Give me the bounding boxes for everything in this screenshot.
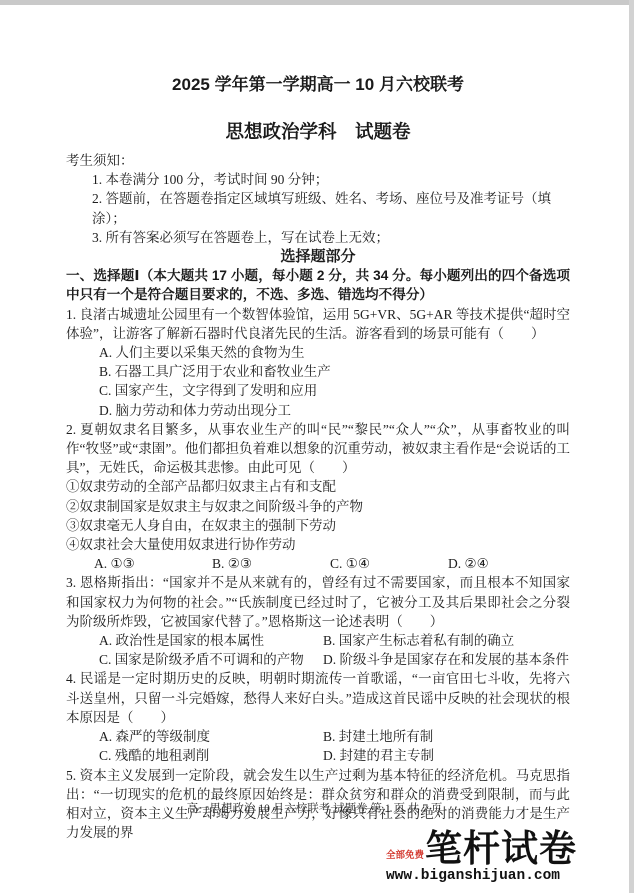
watermark-free-label: 全部免费 [386, 851, 424, 861]
watermark-row: 全部免费 笔杆试卷 [386, 830, 577, 868]
page-footer: 高一思想政治 10 月六校联考 试题卷 第 1 页 共 7 页 [0, 801, 629, 817]
question-4-options-row-2: C. 残酷的地租剥削 D. 封建的君主专制 [66, 746, 570, 765]
section-title: 选择题部分 [66, 247, 570, 266]
scan-edge-right [629, 0, 634, 893]
exam-subtitle: 思想政治学科 试题卷 [66, 119, 570, 145]
question-2-choice-b: B. ②③ [212, 554, 330, 573]
question-3-options-row-1: A. 政治性是国家的根本属性 B. 国家产生标志着私有制的确立 [66, 631, 570, 650]
question-2-statement-4: ④奴隶社会大量使用奴隶进行协作劳动 [66, 535, 570, 554]
notice-item-1: 1. 本卷满分 100 分，考试时间 90 分钟； [66, 170, 570, 189]
question-2-choice-d: D. ②④ [448, 554, 489, 573]
notice-item-3: 3. 所有答案必须写在答题卷上，写在试卷上无效； [66, 228, 570, 247]
notice-heading: 考生须知： [66, 151, 570, 170]
question-4-option-d: D. 封建的君主专制 [323, 746, 434, 765]
question-1-option-c: C. 国家产生，文字得到了发明和应用 [66, 381, 570, 400]
question-3-option-c: C. 国家是阶级矛盾不可调和的产物 [99, 650, 323, 669]
question-4: 4. 民谣是一定时期历史的反映，明朝时期流传一首歌谣，“一亩官田七斗收，先将六斗… [66, 669, 570, 765]
question-2-statement-1: ①奴隶劳动的全部产品都归奴隶主占有和支配 [66, 477, 570, 496]
question-2-choice-c: C. ①④ [330, 554, 448, 573]
question-2: 2. 夏朝奴隶名目繁多，从事农业生产的叫“民”“黎民”“众人”“众”，从事畜牧业… [66, 420, 570, 574]
question-3-stem: 3. 恩格斯指出：“国家并不是从来就有的，曾经有过不需要国家，而且根本不知国家和… [66, 573, 570, 631]
question-2-statement-3: ③奴隶毫无人身自由，在奴隶主的强制下劳动 [66, 516, 570, 535]
candidate-notice: 考生须知： 1. 本卷满分 100 分，考试时间 90 分钟； 2. 答题前，在… [66, 151, 570, 247]
question-1: 1. 良渚古城遗址公园里有一个数智体验馆，运用 5G+VR、5G+AR 等技术提… [66, 305, 570, 420]
exam-title: 2025 学年第一学期高一 10 月六校联考 [66, 72, 570, 98]
question-1-option-d: D. 脑力劳动和体力劳动出现分工 [66, 401, 570, 420]
question-4-stem: 4. 民谣是一定时期历史的反映，明朝时期流传一首歌谣，“一亩官田七斗收，先将六斗… [66, 669, 570, 727]
watermark-url: www.biganshijuan.com [386, 868, 577, 885]
question-2-choice-a: A. ①③ [94, 554, 212, 573]
question-4-options-row-1: A. 森严的等级制度 B. 封建土地所有制 [66, 727, 570, 746]
watermark: 全部免费 笔杆试卷 www.biganshijuan.com [386, 830, 577, 885]
question-2-choices-row: A. ①③ B. ②③ C. ①④ D. ②④ [66, 554, 570, 573]
question-4-option-c: C. 残酷的地租剥削 [99, 746, 323, 765]
exam-paper-page: 2025 学年第一学期高一 10 月六校联考 思想政治学科 试题卷 考生须知： … [0, 0, 634, 893]
question-1-stem: 1. 良渚古城遗址公园里有一个数智体验馆，运用 5G+VR、5G+AR 等技术提… [66, 305, 570, 343]
question-3-option-a: A. 政治性是国家的根本属性 [99, 631, 323, 650]
question-3: 3. 恩格斯指出：“国家并不是从来就有的，曾经有过不需要国家，而且根本不知国家和… [66, 573, 570, 669]
question-2-statement-2: ②奴隶制国家是奴隶主与奴隶之间阶级斗争的产物 [66, 497, 570, 516]
question-3-options-row-2: C. 国家是阶级矛盾不可调和的产物 D. 阶级斗争是国家存在和发展的基本条件 [66, 650, 570, 669]
question-4-option-a: A. 森严的等级制度 [99, 727, 323, 746]
section-intro: 一、选择题Ⅰ（本大题共 17 小题，每小题 2 分，共 34 分。每小题列出的四… [66, 266, 570, 304]
question-3-option-b: B. 国家产生标志着私有制的确立 [323, 631, 514, 650]
question-1-option-a: A. 人们主要以采集天然的食物为生 [66, 343, 570, 362]
notice-item-2: 2. 答题前，在答题卷指定区域填写班级、姓名、考场、座位号及准考证号（填涂）； [66, 189, 570, 227]
question-4-option-b: B. 封建土地所有制 [323, 727, 433, 746]
question-3-option-d: D. 阶级斗争是国家存在和发展的基本条件 [323, 650, 569, 669]
watermark-brand: 笔杆试卷 [425, 830, 577, 868]
page-content: 2025 学年第一学期高一 10 月六校联考 思想政治学科 试题卷 考生须知： … [66, 0, 570, 842]
question-2-stem: 2. 夏朝奴隶名目繁多，从事农业生产的叫“民”“黎民”“众人”“众”，从事畜牧业… [66, 420, 570, 478]
question-1-option-b: B. 石器工具广泛用于农业和畜牧业生产 [66, 362, 570, 381]
